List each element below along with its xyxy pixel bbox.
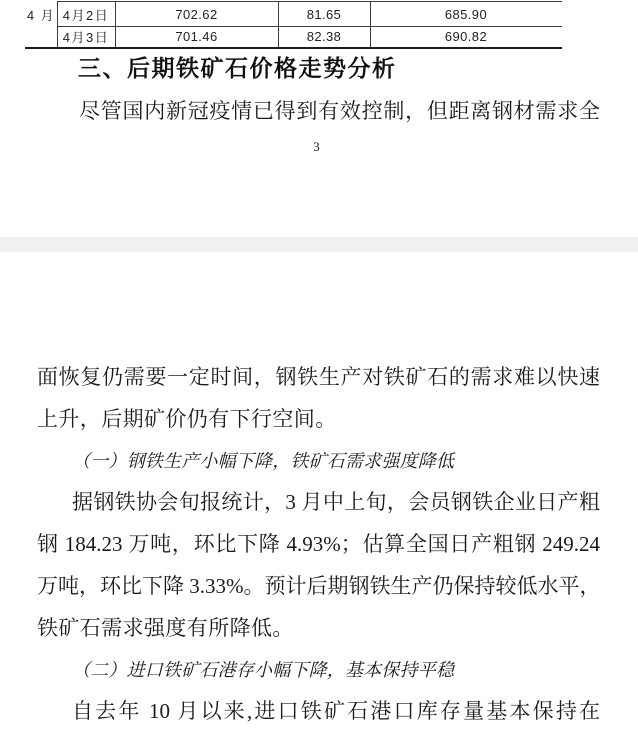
page-number: 3 — [0, 139, 633, 155]
text-line: 上升，后期矿价仍有下行空间。 — [37, 399, 600, 441]
date-cell: 4月2日 — [57, 2, 115, 26]
document-viewer: 4 月 4月2日 702.62 81.65 685.90 4月3日 701.46… — [0, 0, 638, 729]
body-line: 尽管国内新冠疫情已得到有效控制，但距离钢材需求全 — [79, 96, 600, 126]
text-line: 自去年 10 月以来,进口铁矿石港口库存量基本保持在 — [37, 691, 600, 729]
value-cell: 81.65 — [278, 2, 370, 26]
table-border-bottom — [25, 47, 562, 49]
date-cell: 4月3日 — [57, 26, 115, 47]
subsection-heading: （一）钢铁生产小幅下降，铁矿石需求强度降低 — [37, 441, 600, 483]
text-line: 钢 184.23 万吨，环比下降 4.93%；估算全国日产粗钢 249.24 — [37, 524, 600, 566]
value-cell: 690.82 — [370, 26, 562, 47]
section-heading: 三、后期铁矿石价格走势分析 — [78, 54, 397, 82]
text-line: 面恢复仍需要一定时间，钢铁生产对铁矿石的需求难以快速 — [37, 357, 600, 399]
text-line: 万吨，环比下降 3.33%。预计后期钢铁生产仍保持较低水平， — [37, 566, 600, 608]
subsection-heading: （二）进口铁矿石港存小幅下降，基本保持平稳 — [37, 650, 600, 692]
page-2: 面恢复仍需要一定时间，钢铁生产对铁矿石的需求难以快速 上升，后期矿价仍有下行空间… — [0, 252, 638, 729]
text-line: 据钢铁协会旬报统计，3 月中上旬，会员钢铁企业日产粗 — [37, 482, 600, 524]
text-line: 铁矿石需求强度有所降低。 — [37, 608, 600, 650]
value-cell: 701.46 — [115, 26, 278, 47]
value-cell: 702.62 — [115, 2, 278, 26]
value-cell: 82.38 — [278, 26, 370, 47]
value-cell: 685.90 — [370, 2, 562, 26]
page-1: 4 月 4月2日 702.62 81.65 685.90 4月3日 701.46… — [0, 0, 638, 237]
page-2-text-block: 面恢复仍需要一定时间，钢铁生产对铁矿石的需求难以快速 上升，后期矿价仍有下行空间… — [37, 357, 600, 729]
page-gap-separator — [0, 237, 638, 252]
month-cell: 4 月 — [25, 2, 57, 26]
